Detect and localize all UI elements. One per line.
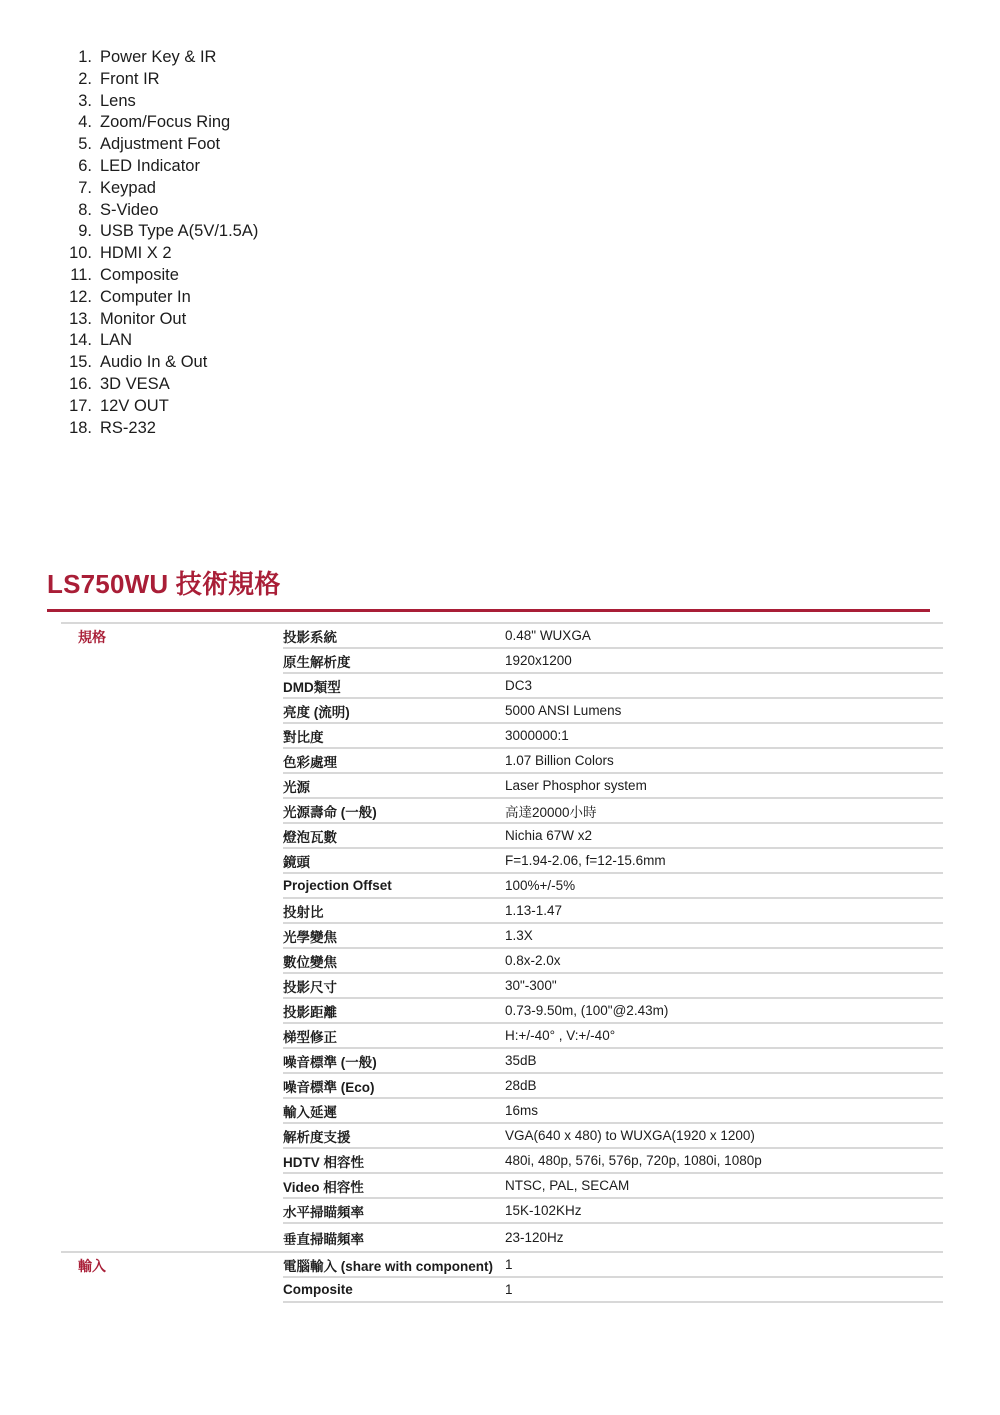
- section-label-cell: [61, 1074, 283, 1099]
- list-item: 5.Adjustment Foot: [62, 134, 258, 156]
- spec-row-main: 光源壽命 (一般)高達20000小時: [283, 799, 943, 824]
- spec-row-main: 水平掃瞄頻率15K-102KHz: [283, 1199, 943, 1224]
- table-row: 原生解析度1920x1200: [61, 649, 943, 674]
- list-item-number: 12.: [62, 287, 92, 309]
- spec-name: 梯型修正: [283, 1026, 505, 1046]
- list-item: 8.S-Video: [62, 200, 258, 222]
- spec-name: 對比度: [283, 726, 505, 746]
- spec-name: 原生解析度: [283, 651, 505, 671]
- spec-row-main: 梯型修正H:+/-40° , V:+/-40°: [283, 1024, 943, 1049]
- spec-value: 1: [505, 1282, 943, 1297]
- spec-value: 1: [505, 1257, 943, 1272]
- spec-row-main: 燈泡瓦數Nichia 67W x2: [283, 824, 943, 849]
- spec-name: 光源: [283, 776, 505, 796]
- list-item-label: 12V OUT: [100, 396, 169, 418]
- list-item-label: Keypad: [100, 178, 156, 200]
- list-item-number: 17.: [62, 396, 92, 418]
- list-item-label: S-Video: [100, 200, 158, 222]
- section-label-cell: [61, 1049, 283, 1074]
- table-row: 鏡頭F=1.94-2.06, f=12-15.6mm: [61, 849, 943, 874]
- section-label-cell: [61, 1278, 283, 1303]
- list-item: 9.USB Type A(5V/1.5A): [62, 221, 258, 243]
- list-item: 7.Keypad: [62, 178, 258, 200]
- table-row: 輸入電腦輸入 (share with component)1: [61, 1253, 943, 1278]
- table-row: 投射比1.13-1.47: [61, 899, 943, 924]
- section-label-cell: [61, 1174, 283, 1199]
- list-item-number: 16.: [62, 374, 92, 396]
- spec-name: 燈泡瓦數: [283, 826, 505, 846]
- spec-value: F=1.94-2.06, f=12-15.6mm: [505, 853, 943, 868]
- table-row: 對比度3000000:1: [61, 724, 943, 749]
- section-label-cell: [61, 949, 283, 974]
- section-label-cell: [61, 874, 283, 899]
- spec-name: 投影系統: [283, 626, 505, 646]
- spec-name: DMD類型: [283, 676, 505, 696]
- section-label-cell: [61, 1099, 283, 1124]
- section-label-cell: [61, 899, 283, 924]
- spec-row-main: 投影距離0.73-9.50m, (100"@2.43m): [283, 999, 943, 1024]
- spec-name: 投影尺寸: [283, 976, 505, 996]
- section-label-cell: [61, 1124, 283, 1149]
- list-item-number: 11.: [62, 265, 92, 287]
- list-item: 3.Lens: [62, 91, 258, 113]
- list-item-label: LED Indicator: [100, 156, 200, 178]
- spec-name: Projection Offset: [283, 878, 505, 893]
- spec-row-main: 光源Laser Phosphor system: [283, 774, 943, 799]
- list-item-number: 10.: [62, 243, 92, 265]
- section-label-cell: [61, 849, 283, 874]
- list-item-number: 4.: [62, 112, 92, 134]
- section-label-cell: [61, 799, 283, 824]
- spec-name: 垂直掃瞄頻率: [283, 1228, 505, 1248]
- table-row: Projection Offset100%+/-5%: [61, 874, 943, 899]
- table-row: 解析度支援VGA(640 x 480) to WUXGA(1920 x 1200…: [61, 1124, 943, 1149]
- list-item-number: 13.: [62, 309, 92, 331]
- spec-row-main: 光學變焦1.3X: [283, 924, 943, 949]
- spec-value: VGA(640 x 480) to WUXGA(1920 x 1200): [505, 1128, 943, 1143]
- spec-row-main: 鏡頭F=1.94-2.06, f=12-15.6mm: [283, 849, 943, 874]
- table-row: 光源Laser Phosphor system: [61, 774, 943, 799]
- section-label-cell: [61, 774, 283, 799]
- spec-value: Nichia 67W x2: [505, 828, 943, 843]
- spec-value: 高達20000小時: [505, 801, 943, 821]
- spec-row-main: 垂直掃瞄頻率23-120Hz: [283, 1224, 943, 1251]
- table-row: 垂直掃瞄頻率23-120Hz: [61, 1224, 943, 1251]
- table-row: 噪音標準 (Eco)28dB: [61, 1074, 943, 1099]
- spec-row-main: 亮度 (流明)5000 ANSI Lumens: [283, 699, 943, 724]
- section-label-cell: [61, 974, 283, 999]
- spec-value: 3000000:1: [505, 728, 943, 743]
- list-item: 18.RS-232: [62, 418, 258, 440]
- spec-row-main: 噪音標準 (Eco)28dB: [283, 1074, 943, 1099]
- section-label-cell: [61, 824, 283, 849]
- spec-row-main: DMD類型DC3: [283, 674, 943, 699]
- list-item-label: LAN: [100, 330, 132, 352]
- list-item-number: 7.: [62, 178, 92, 200]
- list-item-number: 3.: [62, 91, 92, 113]
- spec-value: 100%+/-5%: [505, 878, 943, 893]
- section-label: 輸入: [78, 1256, 106, 1276]
- spec-section: 規格投影系統0.48" WUXGA原生解析度1920x1200DMD類型DC3亮…: [61, 622, 943, 1251]
- spec-row-main: 色彩處理1.07 Billion Colors: [283, 749, 943, 774]
- spec-name: 噪音標準 (一般): [283, 1051, 505, 1071]
- spec-value: Laser Phosphor system: [505, 778, 943, 793]
- table-row: 數位變焦0.8x-2.0x: [61, 949, 943, 974]
- spec-row-main: Projection Offset100%+/-5%: [283, 874, 943, 899]
- spec-name: 輸入延遲: [283, 1101, 505, 1121]
- list-item: 16.3D VESA: [62, 374, 258, 396]
- list-item: 4.Zoom/Focus Ring: [62, 112, 258, 134]
- table-row: Composite1: [61, 1278, 943, 1303]
- spec-value: 1.3X: [505, 928, 943, 943]
- section-label-cell: [61, 649, 283, 674]
- spec-name: 色彩處理: [283, 751, 505, 771]
- feature-list: 1.Power Key & IR2.Front IR3.Lens4.Zoom/F…: [62, 47, 258, 439]
- table-row: 光源壽命 (一般)高達20000小時: [61, 799, 943, 824]
- spec-name: 投影距離: [283, 1001, 505, 1021]
- table-row: 水平掃瞄頻率15K-102KHz: [61, 1199, 943, 1224]
- spec-value: 0.8x-2.0x: [505, 953, 943, 968]
- list-item-label: HDMI X 2: [100, 243, 172, 265]
- title-underline: LS750WU 技術規格: [47, 564, 930, 612]
- list-item-label: Power Key & IR: [100, 47, 216, 69]
- spec-name: 光源壽命 (一般): [283, 801, 505, 821]
- spec-value: 35dB: [505, 1053, 943, 1068]
- spec-value: 23-120Hz: [505, 1230, 943, 1245]
- section-label-cell: [61, 1024, 283, 1049]
- spec-value: H:+/-40° , V:+/-40°: [505, 1028, 943, 1043]
- table-row: 輸入延遲16ms: [61, 1099, 943, 1124]
- spec-row-main: 噪音標準 (一般)35dB: [283, 1049, 943, 1074]
- spec-value: 5000 ANSI Lumens: [505, 703, 943, 718]
- section-label-cell: 規格: [61, 624, 283, 649]
- spec-row-main: 數位變焦0.8x-2.0x: [283, 949, 943, 974]
- spec-row-main: 投影系統0.48" WUXGA: [283, 624, 943, 649]
- spec-name: 鏡頭: [283, 851, 505, 871]
- list-item: 11.Composite: [62, 265, 258, 287]
- section-label-cell: [61, 699, 283, 724]
- spec-name: Video 相容性: [283, 1176, 505, 1196]
- spec-table: 規格投影系統0.48" WUXGA原生解析度1920x1200DMD類型DC3亮…: [61, 622, 943, 1303]
- spec-row-main: Video 相容性NTSC, PAL, SECAM: [283, 1174, 943, 1199]
- table-row: 噪音標準 (一般)35dB: [61, 1049, 943, 1074]
- spec-value: DC3: [505, 678, 943, 693]
- spec-value: 28dB: [505, 1078, 943, 1093]
- spec-name: 數位變焦: [283, 951, 505, 971]
- table-row: 規格投影系統0.48" WUXGA: [61, 624, 943, 649]
- section-label-cell: [61, 749, 283, 774]
- spec-name: 亮度 (流明): [283, 701, 505, 721]
- list-item: 14.LAN: [62, 330, 258, 352]
- spec-name: 噪音標準 (Eco): [283, 1076, 505, 1096]
- spec-row-main: 對比度3000000:1: [283, 724, 943, 749]
- spec-name: 水平掃瞄頻率: [283, 1201, 505, 1221]
- list-item-label: Adjustment Foot: [100, 134, 220, 156]
- spec-value: 1920x1200: [505, 653, 943, 668]
- table-row: 梯型修正H:+/-40° , V:+/-40°: [61, 1024, 943, 1049]
- section-label: 規格: [78, 627, 106, 647]
- table-row: 投影尺寸30"-300": [61, 974, 943, 999]
- list-item-number: 14.: [62, 330, 92, 352]
- spec-row-main: 輸入延遲16ms: [283, 1099, 943, 1124]
- section-label-cell: [61, 1224, 283, 1251]
- list-item-number: 5.: [62, 134, 92, 156]
- list-item-label: USB Type A(5V/1.5A): [100, 221, 258, 243]
- spec-row-main: Composite1: [283, 1278, 943, 1303]
- table-row: DMD類型DC3: [61, 674, 943, 699]
- table-row: 色彩處理1.07 Billion Colors: [61, 749, 943, 774]
- spec-section: 輸入電腦輸入 (share with component)1Composite1: [61, 1251, 943, 1303]
- list-item-label: Lens: [100, 91, 136, 113]
- spec-value: 480i, 480p, 576i, 576p, 720p, 1080i, 108…: [505, 1153, 943, 1168]
- spec-value: 15K-102KHz: [505, 1203, 943, 1218]
- spec-value: 30"-300": [505, 978, 943, 993]
- table-row: 投影距離0.73-9.50m, (100"@2.43m): [61, 999, 943, 1024]
- list-item-number: 2.: [62, 69, 92, 91]
- table-row: Video 相容性NTSC, PAL, SECAM: [61, 1174, 943, 1199]
- spec-value: 0.73-9.50m, (100"@2.43m): [505, 1003, 943, 1018]
- list-item-label: 3D VESA: [100, 374, 170, 396]
- list-item-number: 15.: [62, 352, 92, 374]
- section-label-cell: [61, 1149, 283, 1174]
- table-row: 光學變焦1.3X: [61, 924, 943, 949]
- table-row: HDTV 相容性480i, 480p, 576i, 576p, 720p, 10…: [61, 1149, 943, 1174]
- section-label-cell: 輸入: [61, 1253, 283, 1278]
- spec-name: 解析度支援: [283, 1126, 505, 1146]
- list-item-label: RS-232: [100, 418, 156, 440]
- spec-row-main: HDTV 相容性480i, 480p, 576i, 576p, 720p, 10…: [283, 1149, 943, 1174]
- list-item-label: Composite: [100, 265, 179, 287]
- list-item-number: 8.: [62, 200, 92, 222]
- list-item: 15.Audio In & Out: [62, 352, 258, 374]
- page-title: LS750WU 技術規格: [47, 564, 930, 601]
- spec-name: 電腦輸入 (share with component): [283, 1255, 505, 1275]
- spec-name: Composite: [283, 1282, 505, 1297]
- list-item: 2.Front IR: [62, 69, 258, 91]
- spec-value: 1.13-1.47: [505, 903, 943, 918]
- list-item: 10.HDMI X 2: [62, 243, 258, 265]
- list-item: 1.Power Key & IR: [62, 47, 258, 69]
- spec-value: 1.07 Billion Colors: [505, 753, 943, 768]
- list-item-number: 9.: [62, 221, 92, 243]
- spec-row-main: 投影尺寸30"-300": [283, 974, 943, 999]
- list-item-number: 6.: [62, 156, 92, 178]
- list-item-label: Zoom/Focus Ring: [100, 112, 230, 134]
- list-item: 6.LED Indicator: [62, 156, 258, 178]
- list-item-label: Audio In & Out: [100, 352, 207, 374]
- section-label-cell: [61, 1199, 283, 1224]
- spec-name: 光學變焦: [283, 926, 505, 946]
- section-label-cell: [61, 724, 283, 749]
- spec-value: 16ms: [505, 1103, 943, 1118]
- spec-row-main: 電腦輸入 (share with component)1: [283, 1253, 943, 1278]
- section-label-cell: [61, 924, 283, 949]
- spec-row-main: 投射比1.13-1.47: [283, 899, 943, 924]
- list-item-number: 1.: [62, 47, 92, 69]
- spec-row-main: 原生解析度1920x1200: [283, 649, 943, 674]
- section-label-cell: [61, 674, 283, 699]
- spec-name: 投射比: [283, 901, 505, 921]
- list-item-label: Front IR: [100, 69, 160, 91]
- spec-name: HDTV 相容性: [283, 1151, 505, 1171]
- table-row: 亮度 (流明)5000 ANSI Lumens: [61, 699, 943, 724]
- list-item-number: 18.: [62, 418, 92, 440]
- spec-value: 0.48" WUXGA: [505, 628, 943, 643]
- section-label-cell: [61, 999, 283, 1024]
- list-item: 17.12V OUT: [62, 396, 258, 418]
- list-item: 12.Computer In: [62, 287, 258, 309]
- spec-value: NTSC, PAL, SECAM: [505, 1178, 943, 1193]
- table-row: 燈泡瓦數Nichia 67W x2: [61, 824, 943, 849]
- list-item: 13.Monitor Out: [62, 309, 258, 331]
- spec-row-main: 解析度支援VGA(640 x 480) to WUXGA(1920 x 1200…: [283, 1124, 943, 1149]
- list-item-label: Computer In: [100, 287, 191, 309]
- list-item-label: Monitor Out: [100, 309, 186, 331]
